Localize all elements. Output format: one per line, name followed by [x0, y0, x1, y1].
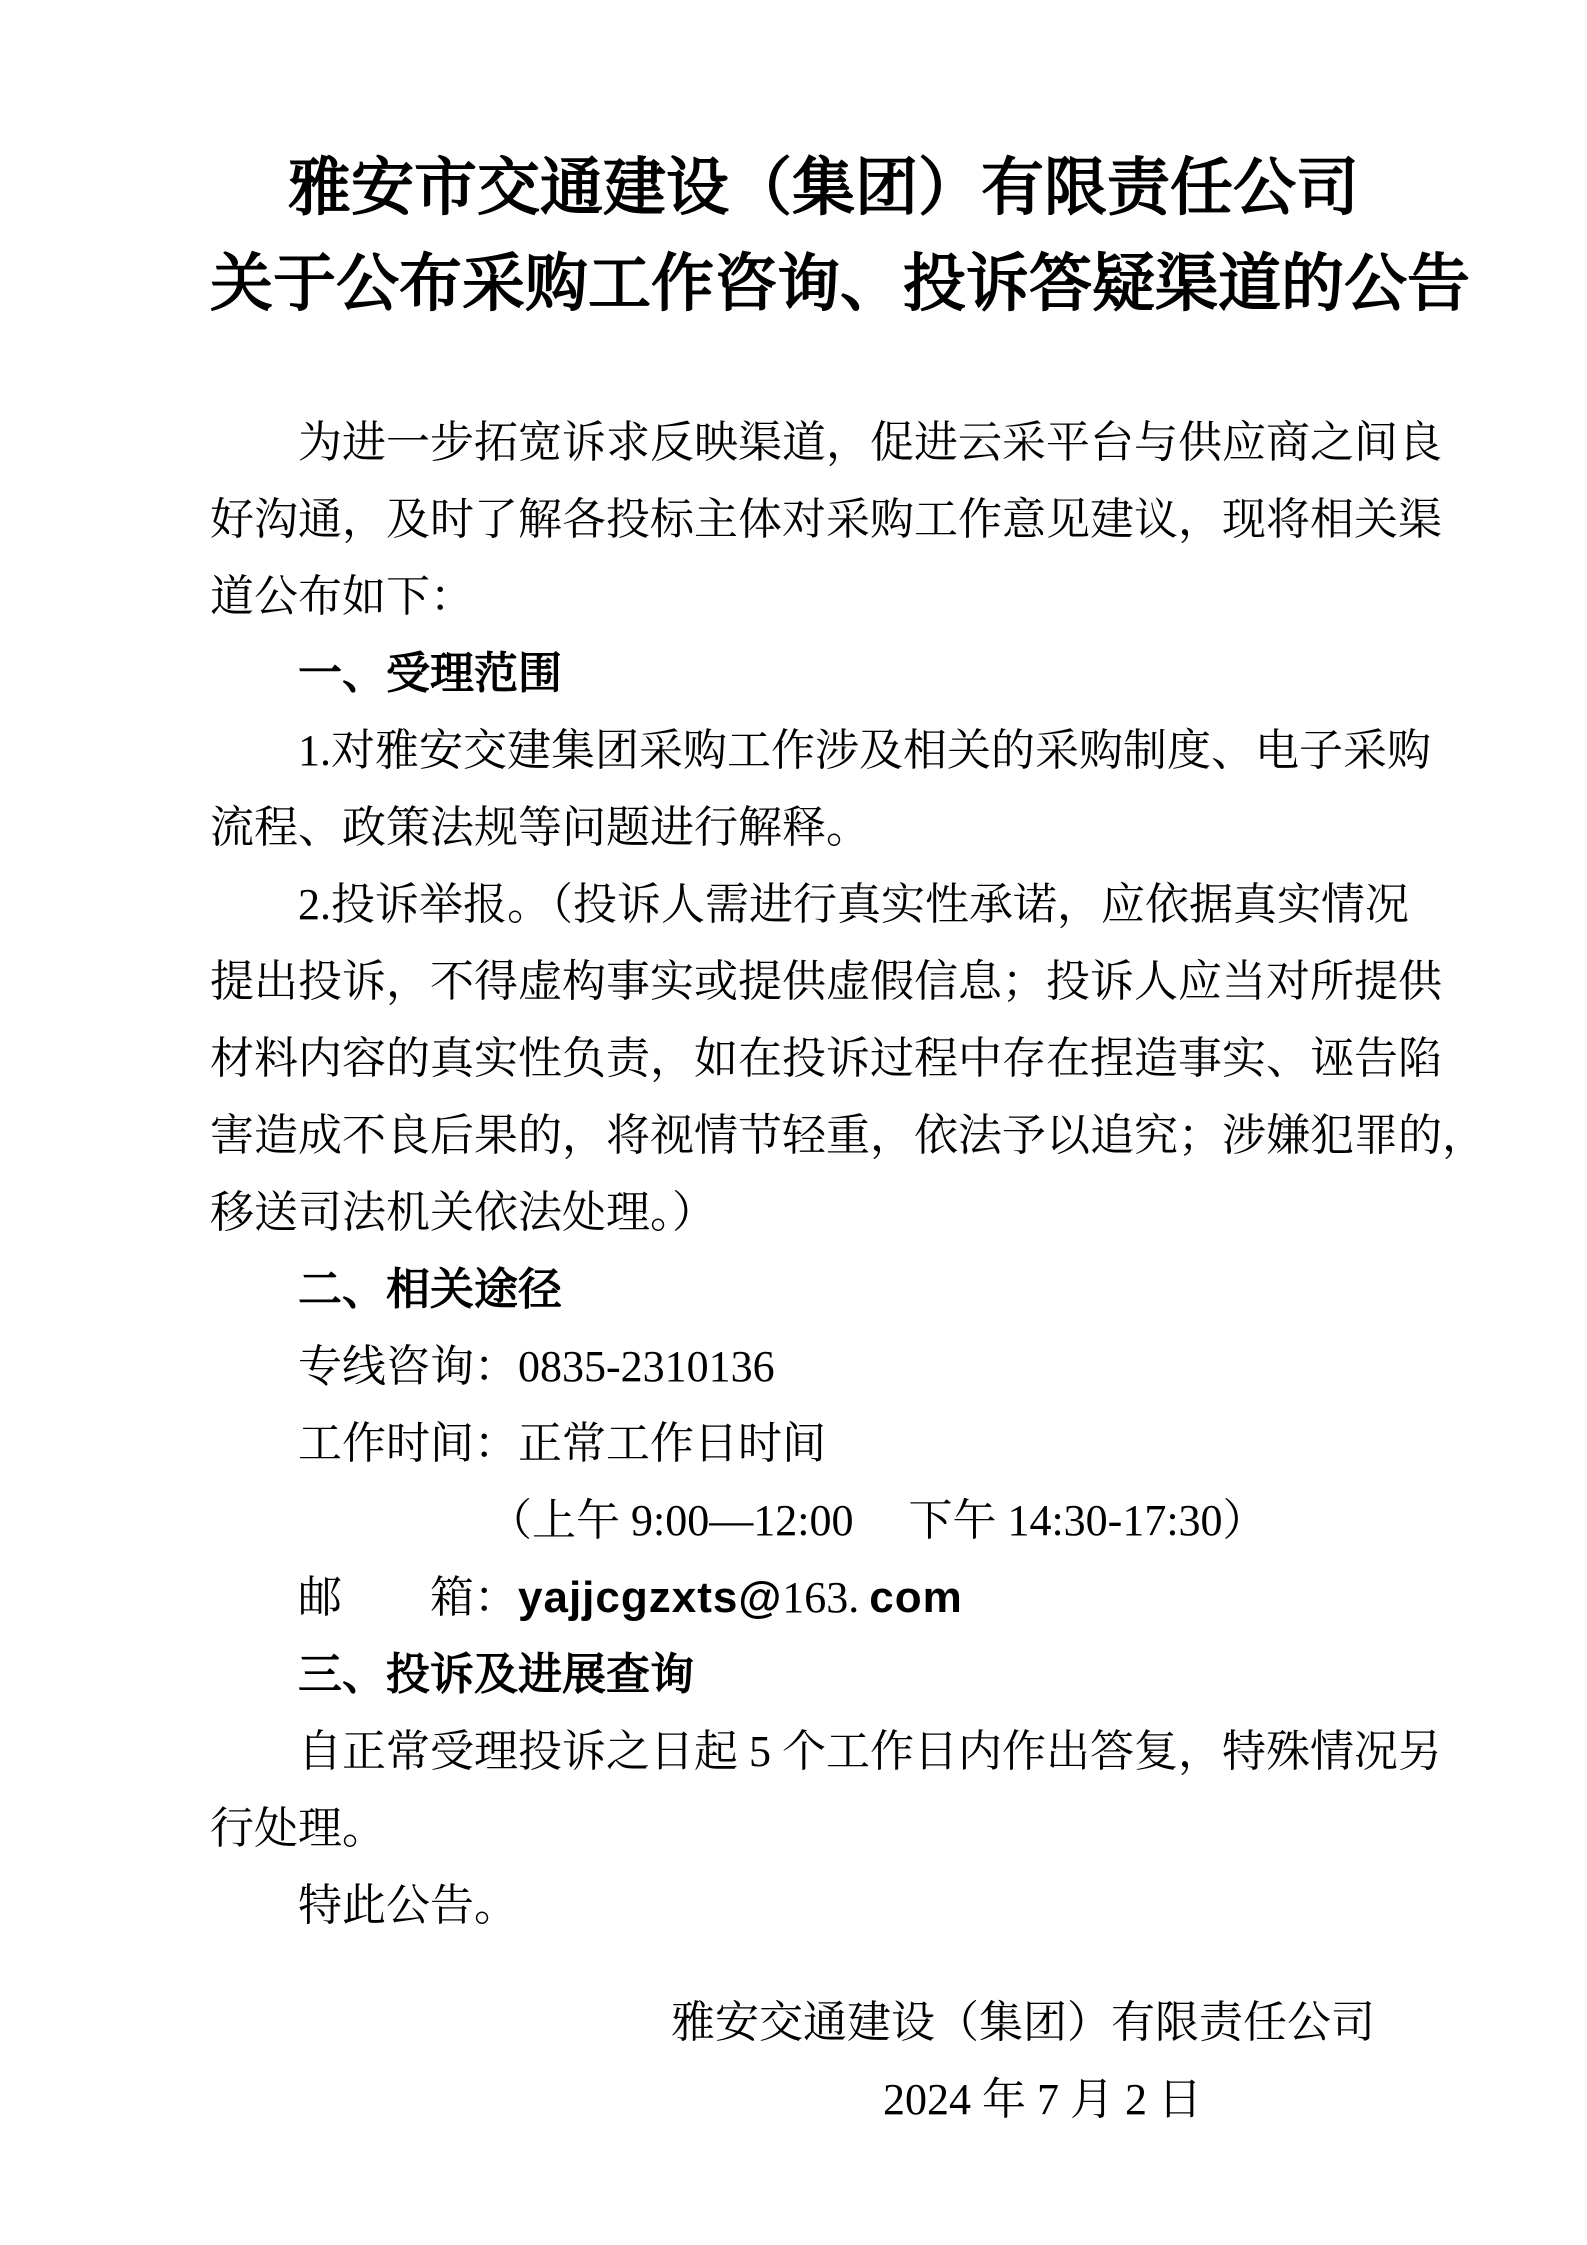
section1-item1-line-1: 1.对雅安交建集团采购工作涉及相关的采购制度、电子采购: [210, 712, 1437, 789]
document-title: 雅安市交通建设（集团）有限责任公司 关于公布采购工作咨询、投诉答疑渠道的公告: [210, 140, 1437, 332]
section1-item2-line-2: 提出投诉，不得虚构事实或提供虚假信息；投诉人应当对所提供: [210, 943, 1437, 1020]
section1-item2-line-5: 移送司法机关依法处理。）: [210, 1174, 1437, 1251]
email-user: yajjcgzxts@: [518, 1573, 782, 1622]
hotline-number: 0835-2310136: [518, 1342, 775, 1391]
work-hours-label: 工作时间：: [298, 1419, 518, 1468]
email-line: 邮 箱：yajjcgzxts@163.com: [210, 1559, 1437, 1636]
work-hours-detail: （上午 9:00—12:00 下午 14:30-17:30）: [210, 1482, 1437, 1559]
section1-item2-line-4: 害造成不良后果的，将视情节轻重，依法予以追究；涉嫌犯罪的，: [210, 1097, 1437, 1174]
section1-heading: 一、受理范围: [210, 635, 1437, 712]
intro-line-1: 为进一步拓宽诉求反映渠道，促进云采平台与供应商之间良: [210, 404, 1437, 481]
document-content: 雅安市交通建设（集团）有限责任公司 关于公布采购工作咨询、投诉答疑渠道的公告 为…: [0, 0, 1587, 2138]
email-label: 邮 箱：: [298, 1573, 518, 1622]
document-body: 为进一步拓宽诉求反映渠道，促进云采平台与供应商之间良 好沟通，及时了解各投标主体…: [210, 404, 1437, 1944]
section1-item2-line-3: 材料内容的真实性负责，如在投诉过程中存在捏造事实、诬告陷: [210, 1020, 1437, 1097]
intro-line-2: 好沟通，及时了解各投标主体对采购工作意见建议，现将相关渠: [210, 481, 1437, 558]
closing-line: 特此公告。: [210, 1867, 1437, 1944]
section1-item2-line-1: 2.投诉举报。（投诉人需进行真实性承诺，应依据真实情况: [210, 866, 1437, 943]
email-host: 163.: [782, 1573, 859, 1622]
section3-heading: 三、投诉及进展查询: [210, 1636, 1437, 1713]
intro-line-3: 道公布如下：: [210, 558, 1437, 635]
section3-line-1: 自正常受理投诉之日起 5 个工作日内作出答复，特殊情况另: [210, 1713, 1437, 1790]
date: 2024 年 7 月 2 日: [210, 2061, 1437, 2138]
work-hours-value: 正常工作日时间: [518, 1419, 826, 1468]
document-footer: 雅安交通建设（集团）有限责任公司 2024 年 7 月 2 日: [210, 1984, 1437, 2138]
section3-line-2: 行处理。: [210, 1790, 1437, 1867]
work-hours-line: 工作时间：正常工作日时间: [210, 1405, 1437, 1482]
section1-item1-line-2: 流程、政策法规等问题进行解释。: [210, 789, 1437, 866]
email-tld: com: [869, 1573, 962, 1622]
document-page: 雅安市交通建设（集团）有限责任公司 关于公布采购工作咨询、投诉答疑渠道的公告 为…: [0, 0, 1587, 2245]
title-line-1: 雅安市交通建设（集团）有限责任公司: [210, 140, 1437, 236]
hotline-label: 专线咨询：: [298, 1342, 518, 1391]
section2-heading: 二、相关途径: [210, 1251, 1437, 1328]
title-line-2: 关于公布采购工作咨询、投诉答疑渠道的公告: [210, 236, 1437, 332]
signature: 雅安交通建设（集团）有限责任公司: [210, 1984, 1437, 2061]
hotline-line: 专线咨询：0835-2310136: [210, 1328, 1437, 1405]
